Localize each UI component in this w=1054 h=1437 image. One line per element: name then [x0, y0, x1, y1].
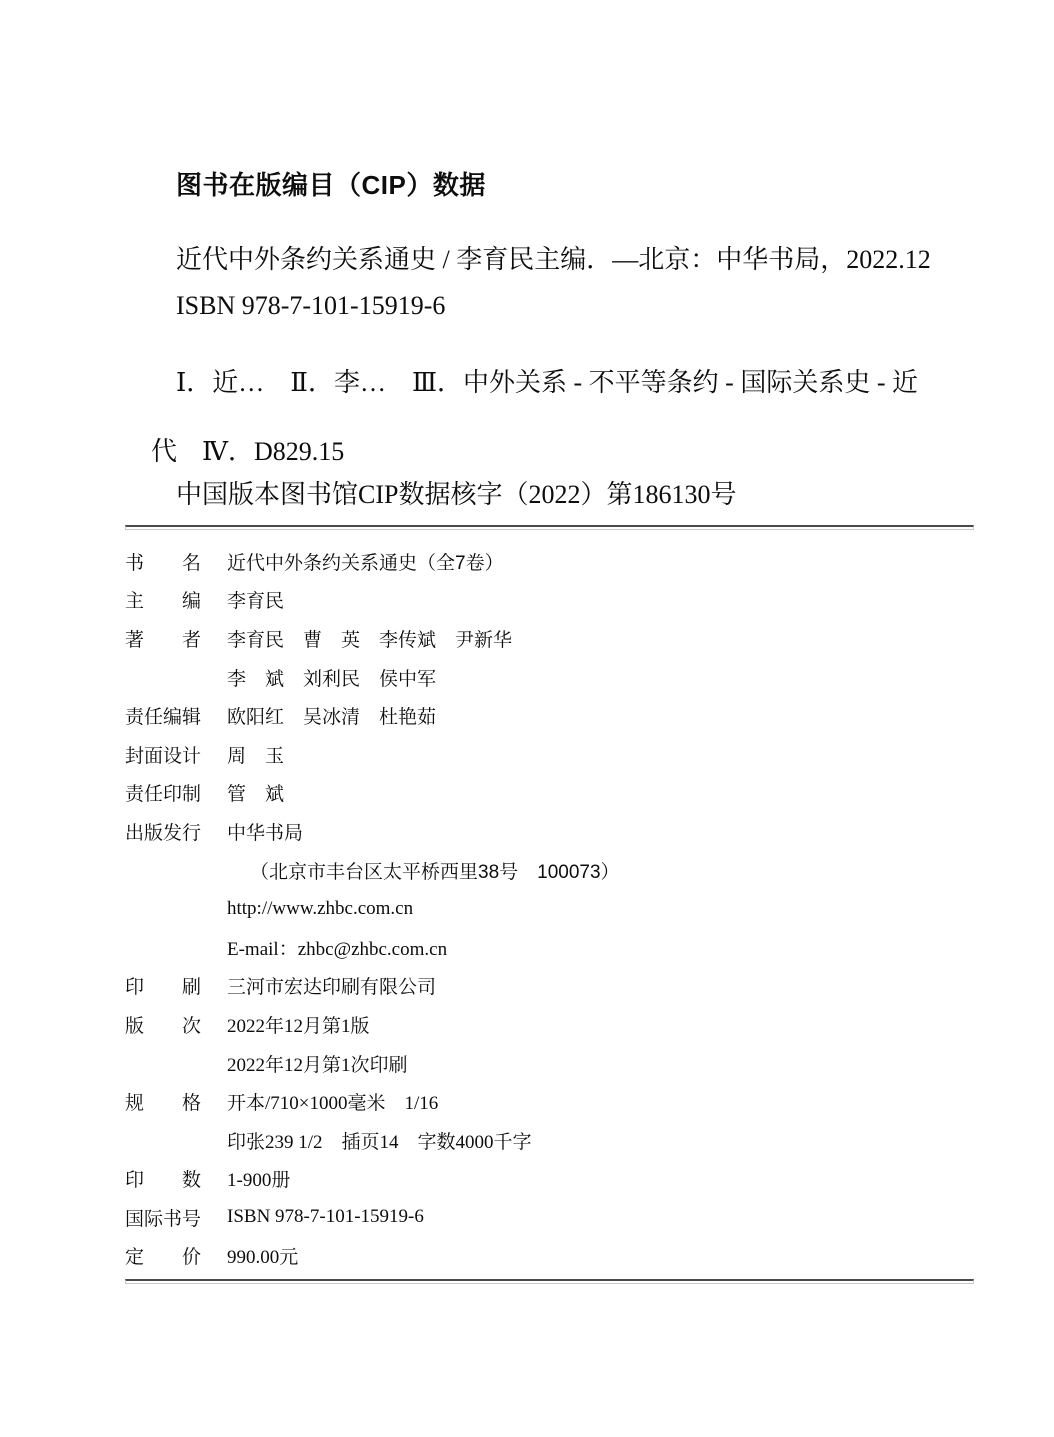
- cip-class-number: Ⅳ．D829.15: [202, 437, 344, 466]
- field-value: 2022年12月第1版: [227, 1011, 370, 1038]
- publisher-email: E-mail：zhbc@zhbc.com.cn: [227, 934, 447, 961]
- bottom-divider: [125, 1279, 974, 1284]
- cip-heading: 图书在版编目（CIP）数据: [176, 170, 486, 201]
- field-value: 近代中外条约关系通史（全7卷）: [227, 548, 504, 575]
- format-row: 规 格 开本/710×1000毫米 1/16: [125, 1082, 974, 1121]
- field-value: 管 斌: [227, 779, 284, 806]
- field-label: 规 格: [125, 1088, 201, 1115]
- cip-record-line: 中国版本图书馆CIP数据核字（2022）第186130号: [176, 479, 736, 510]
- isbn-value: ISBN 978-7-101-15919-6: [227, 1206, 424, 1228]
- cip-classification-line-1: Ⅰ．近… Ⅱ．李… Ⅲ．中外关系 - 不平等条约 - 国际关系史 - 近: [176, 367, 918, 398]
- edition-row: 版 次 2022年12月第1版: [125, 1005, 974, 1044]
- field-value: 2022年12月第1次印刷: [227, 1050, 408, 1077]
- field-value: 印张239 1/2 插页14 字数4000千字: [227, 1127, 532, 1154]
- cover-design-row: 封面设计 周 玉: [125, 735, 974, 774]
- print-run-row: 印 数 1-900册: [125, 1160, 974, 1199]
- field-label: 版 次: [125, 1011, 201, 1038]
- authors-continued-row: 李 斌 刘利民 侯中军: [125, 658, 974, 697]
- field-value: 1-900册: [227, 1165, 290, 1192]
- field-label: 封面设计: [125, 741, 201, 768]
- cip-title-line: 近代中外条约关系通史 / 李育民主编．—北京：中华书局，2022.12: [176, 244, 931, 275]
- field-label: 主 编: [125, 586, 201, 613]
- publisher-row: 出版发行 中华书局: [125, 812, 974, 851]
- field-label: 印 刷: [125, 972, 201, 999]
- cip-isbn-line: ISBN 978-7-101-15919-6: [176, 290, 445, 321]
- publisher-email-row: E-mail：zhbc@zhbc.com.cn: [125, 928, 974, 967]
- field-label: 印 数: [125, 1165, 201, 1192]
- book-name-row: 书 名 近代中外条约关系通史（全7卷）: [125, 542, 974, 581]
- field-value: 李育民: [227, 586, 284, 613]
- field-label: 著 者: [125, 625, 201, 652]
- field-value: 欧阳红 吴冰清 杜艳茹: [227, 702, 436, 729]
- printer-row: 印 刷 三河市宏达印刷有限公司: [125, 967, 974, 1006]
- printing-row: 2022年12月第1次印刷: [125, 1044, 974, 1083]
- field-value: （北京市丰台区太平桥西里38号 100073）: [250, 857, 620, 884]
- publisher-url-row: http://www.zhbc.com.cn: [125, 889, 974, 928]
- price-value: 990.00元: [227, 1242, 298, 1269]
- field-label: 责任印制: [125, 779, 201, 806]
- field-value: 三河市宏达印刷有限公司: [227, 972, 436, 999]
- field-label: 书 名: [125, 548, 201, 575]
- authors-row: 著 者 李育民 曹 英 李传斌 尹新华: [125, 619, 974, 658]
- field-value: 开本/710×1000毫米 1/16: [227, 1088, 438, 1115]
- copyright-page: 图书在版编目（CIP）数据 近代中外条约关系通史 / 李育民主编．—北京：中华书…: [0, 0, 1054, 1437]
- cip-wrap-char: 代: [151, 437, 177, 466]
- field-label: 出版发行: [125, 818, 201, 845]
- field-label: 责任编辑: [125, 702, 201, 729]
- field-value: 中华书局: [227, 818, 303, 845]
- colophon-table: 书 名 近代中外条约关系通史（全7卷） 主 编 李育民 著 者 李育民 曹 英 …: [125, 542, 974, 1275]
- publisher-url: http://www.zhbc.com.cn: [227, 898, 413, 920]
- field-value: 周 玉: [227, 741, 284, 768]
- field-value: 李育民 曹 英 李传斌 尹新华: [227, 625, 512, 652]
- chief-editor-row: 主 编 李育民: [125, 581, 974, 620]
- field-label: 定 价: [125, 1242, 201, 1269]
- publisher-address-row: （北京市丰台区太平桥西里38号 100073）: [125, 851, 974, 890]
- managing-editor-row: 责任编辑 欧阳红 吴冰清 杜艳茹: [125, 696, 974, 735]
- price-row: 定 价 990.00元: [125, 1237, 974, 1276]
- field-value: 李 斌 刘利民 侯中军: [227, 664, 436, 691]
- isbn-row: 国际书号 ISBN 978-7-101-15919-6: [125, 1198, 974, 1237]
- field-label: 国际书号: [125, 1204, 201, 1231]
- top-divider: [125, 525, 974, 530]
- sheets-row: 印张239 1/2 插页14 字数4000千字: [125, 1121, 974, 1160]
- print-supervisor-row: 责任印制 管 斌: [125, 774, 974, 813]
